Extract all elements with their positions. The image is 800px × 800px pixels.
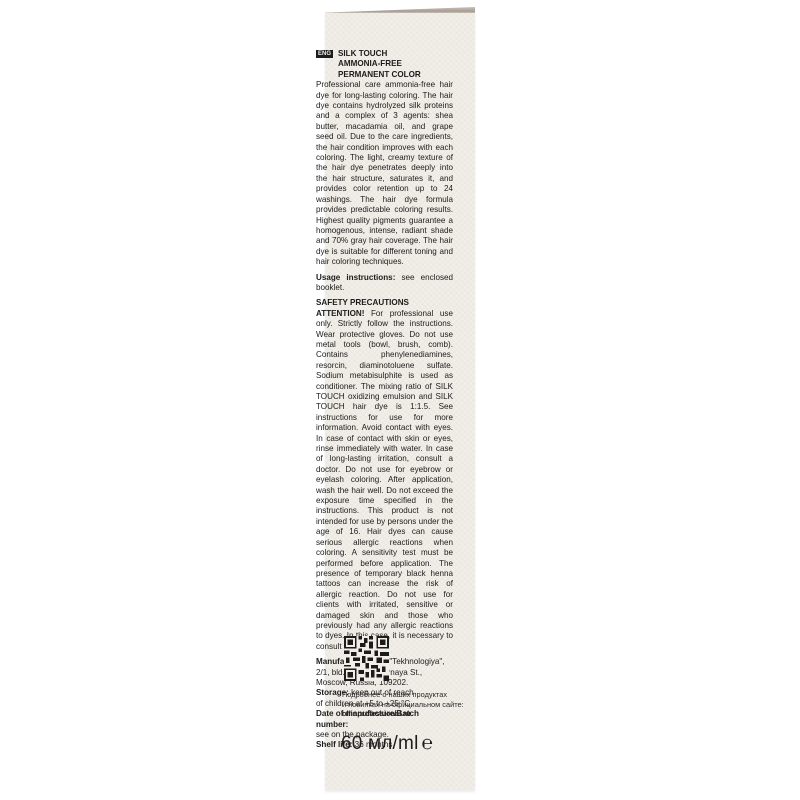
website-line: Подробнее о наших продуктах (342, 690, 482, 700)
website-link[interactable]: ollinprofessional.ru (342, 709, 482, 719)
product-description: Professional care ammonia-free hair dye … (316, 80, 453, 267)
qr-code-icon[interactable] (344, 636, 389, 681)
product-header: ENG SILK TOUCH AMMONIA-FREE PERMANENT CO… (316, 49, 453, 80)
usage-label: Usage instructions: (316, 273, 395, 282)
product-title: SILK TOUCH AMMONIA-FREE PERMANENT COLOR (338, 49, 421, 80)
safety-heading: SAFETY PRECAUTIONS (316, 298, 453, 308)
website-line: и новинках на официальном сайте: (342, 700, 482, 710)
attention-label: ATTENTION! (316, 309, 364, 318)
title-line: PERMANENT COLOR (338, 70, 421, 80)
safety-text: ATTENTION! For professional use only. St… (316, 309, 453, 652)
volume-value: 60 мл/ml (341, 733, 419, 754)
language-badge: ENG (316, 50, 333, 58)
title-line: AMMONIA-FREE (338, 59, 421, 69)
usage-instructions: Usage instructions: see enclosed booklet… (316, 273, 453, 294)
website-info: Подробнее о наших продуктах и новинках н… (342, 690, 482, 719)
volume-label: 60 мл/ml℮ (341, 733, 433, 755)
safety-body: For professional use only. Strictly foll… (316, 309, 453, 651)
estimated-sign-icon: ℮ (422, 733, 434, 754)
title-line: SILK TOUCH (338, 49, 421, 59)
